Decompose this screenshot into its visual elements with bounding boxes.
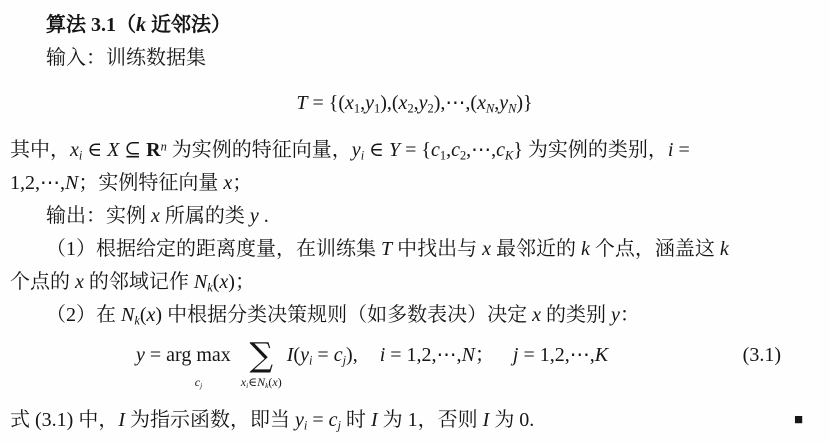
equation-condition-i: i = 1,2,⋯,N； bbox=[380, 342, 495, 368]
argmax-label: arg max bbox=[166, 342, 231, 368]
equation-number: (3.1) bbox=[743, 342, 781, 368]
closing-line: 式 (3.1) 中，I 为指示函数，即当 yi = cj 时 I 为 1，否则 … bbox=[10, 404, 819, 437]
equation-condition-j: j = 1,2,⋯,K bbox=[513, 342, 608, 368]
summation-operator: ∑ xi∈Nk(x) bbox=[241, 342, 282, 395]
summation-subscript: xi∈Nk(x) bbox=[241, 369, 282, 395]
sigma-symbol: ∑ bbox=[249, 342, 273, 368]
step-2-line: （2）在 Nk(x) 中根据分类决策规则（如多数表决）决定 x 的类别 y： bbox=[10, 299, 819, 332]
where-clause-line-1: 其中，xi ∈ X ⊆ Rn 为实例的特征向量，yi ∈ Y = {c1,c2,… bbox=[10, 134, 819, 167]
end-of-algorithm-mark: ■ bbox=[794, 413, 803, 428]
step-1-line-1: （1）根据给定的距离度量，在训练集 T 中找出与 x 最邻近的 k 个点，涵盖这… bbox=[10, 233, 819, 266]
equation-lhs: y = bbox=[136, 342, 161, 368]
closing-text: 式 (3.1) 中，I 为指示函数，即当 yi = cj 时 I 为 1，否则 … bbox=[10, 409, 534, 431]
step-1-line-2: 个点的 x 的邻域记作 Nk(x)； bbox=[10, 266, 819, 299]
equation-body: I(yi = cj), bbox=[287, 342, 358, 368]
book-page: 算法 3.1（k 近邻法） 输入：训练数据集 T = {(x1,y1),(x2,… bbox=[0, 0, 829, 443]
argmax-operator: arg max cj bbox=[166, 342, 231, 395]
training-set-formula: T = {(x1,y1),(x2,y2),⋯,(xN,yN)} bbox=[10, 87, 819, 120]
algorithm-heading: 算法 3.1（k 近邻法） bbox=[10, 9, 819, 42]
input-line: 输入：训练数据集 bbox=[10, 42, 819, 75]
argmax-subscript: cj bbox=[195, 369, 202, 395]
equation-3-1: y = arg max cj ∑ xi∈Nk(x) I(yi = cj), i … bbox=[10, 342, 819, 400]
where-clause-line-2: 1,2,⋯,N；实例特征向量 x； bbox=[10, 167, 819, 200]
output-line: 输出：实例 x 所属的类 y . bbox=[10, 200, 819, 233]
